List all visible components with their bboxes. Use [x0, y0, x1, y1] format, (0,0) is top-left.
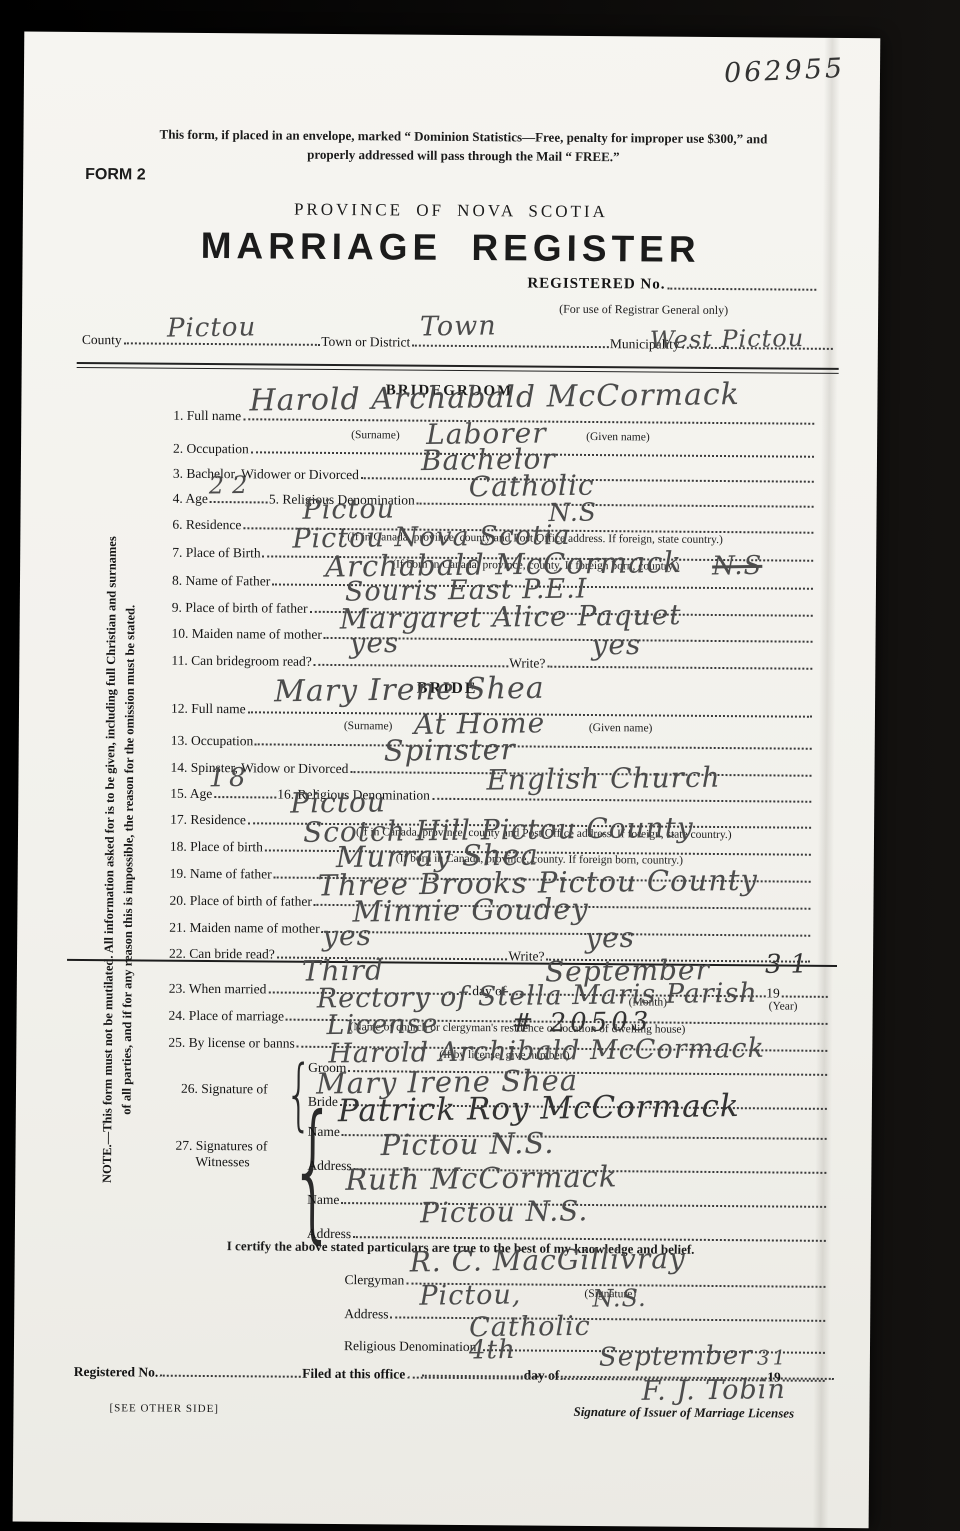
- town-value: Town: [420, 310, 497, 342]
- clergy-address-value2: N.S.: [592, 1284, 647, 1313]
- given-name-note: (Given name): [586, 431, 650, 443]
- footer-registered-blank: [160, 1375, 301, 1378]
- field-19-label: 19. Name of father: [170, 866, 272, 883]
- field-2-label: 2. Occupation: [173, 441, 249, 458]
- registered-no-row: REGISTERED No.: [527, 275, 817, 294]
- page-title: MARRIAGE REGISTER: [22, 224, 878, 273]
- clergyman-signature: R. C. MacGillivray: [409, 1242, 685, 1279]
- field-1-label: 1. Full name: [173, 408, 241, 425]
- serial-number: 062955: [723, 53, 845, 89]
- section-divider: [77, 362, 839, 374]
- witness2-name: Ruth McCormack: [345, 1159, 618, 1197]
- field-7-label: 7. Place of Birth: [172, 545, 261, 562]
- field-12-label: 12. Full name: [171, 701, 246, 718]
- nineteen-label: 19: [766, 985, 780, 1001]
- field-21-label: 21. Maiden name of mother: [169, 920, 319, 937]
- witness1-name-label: Name: [308, 1124, 340, 1140]
- registered-no-blank: [668, 288, 817, 291]
- field-25-value: License: [326, 1009, 438, 1041]
- field-27-label-line2: Witnesses: [195, 1154, 249, 1170]
- field-16-value: English Church: [486, 761, 721, 797]
- field-13-blank: [255, 743, 812, 749]
- field-23-label: 23. When married: [169, 981, 267, 998]
- field-1-value: Harold Archabald McCormack: [249, 377, 740, 418]
- see-other-side: [SEE OTHER SIDE]: [109, 1402, 219, 1415]
- field-20-label: 20. Place of birth of father: [169, 893, 312, 910]
- field-25-label: 25. By license or banns: [168, 1035, 294, 1052]
- filed-value: 4th: [469, 1335, 516, 1366]
- field-11-write-value: yes: [591, 628, 641, 662]
- field-4-label: 4. Age: [173, 491, 208, 507]
- filed-label: Filed at this office: [302, 1366, 405, 1383]
- county-label: County: [82, 332, 122, 348]
- bride-surname-note: (Surname): [344, 720, 393, 732]
- county-value: Pictou: [167, 312, 257, 343]
- field-4-blank: [210, 501, 268, 503]
- field-8-label: 8. Name of Father: [172, 573, 270, 590]
- municipality-value: West Pictou: [650, 324, 805, 354]
- registrar-general-note: (For use of Registrar General only): [559, 302, 728, 318]
- field-22-write-value: yes: [585, 921, 635, 955]
- field-24-label: 24. Place of marriage: [169, 1008, 285, 1025]
- town-label: Town or District: [321, 334, 410, 351]
- field-18-label: 18. Place of birth: [170, 839, 263, 856]
- field-15-label: 15. Age: [170, 786, 212, 802]
- registered-no-label: REGISTERED No.: [527, 275, 665, 293]
- field-14-label: 14. Spinster, Widow or Divorced: [170, 760, 348, 777]
- year-note: (Year): [769, 1000, 798, 1012]
- bride-given-note: (Given name): [589, 722, 653, 734]
- clergyman-label: Clergyman: [344, 1272, 404, 1288]
- footer-registered-label: Registered No.: [74, 1364, 159, 1381]
- field-11-blank: [314, 664, 508, 668]
- field-11-value: yes: [349, 626, 399, 660]
- field-23-year-blank: [782, 996, 828, 998]
- issuer-note: Signature of Issuer of Marriage Licenses: [573, 1404, 794, 1422]
- field-11-write-label: Write?: [509, 655, 545, 671]
- form-number-label: FORM 2: [85, 166, 146, 184]
- field-21-blank: [322, 931, 811, 937]
- denomination-label: Religious Denomination: [344, 1338, 476, 1355]
- field-5-blank: [417, 503, 814, 508]
- clergy-address-label: Address: [344, 1306, 388, 1322]
- field-23-year-value: 31: [765, 949, 816, 980]
- field-27-label-line1: 27. Signatures of: [176, 1138, 268, 1155]
- field-13-label: 13. Occupation: [171, 733, 254, 750]
- field-6-value: Pictou: [302, 493, 395, 525]
- field-26-label: 26. Signature of: [181, 1081, 268, 1098]
- field-22-value: yes: [322, 919, 372, 953]
- field-16-blank: [432, 798, 811, 803]
- field-17-label: 17. Residence: [170, 812, 246, 829]
- field-14-value: Spinster: [383, 732, 515, 768]
- footer-year-value: 31: [757, 1345, 789, 1369]
- witness2-name-label: Name: [307, 1192, 339, 1208]
- footer-year-blank: [783, 1380, 825, 1382]
- field-11-write-blank: [547, 666, 812, 670]
- field-8-struck-value: N.S: [712, 551, 763, 582]
- mailing-notice-line2: properly addressed will pass through the…: [83, 145, 843, 167]
- field-3-label: 3. Bachelor, Widower or Divorced: [173, 466, 359, 483]
- field-21-value: Minnie Goudey: [352, 892, 589, 929]
- field-12-value: Mary Irene Shea: [274, 671, 545, 710]
- field-9-label: 9. Place of birth of father: [172, 600, 308, 617]
- witness2-address: Pictou N.S.: [420, 1194, 589, 1229]
- town-blank: [412, 345, 609, 349]
- footer-month-value: September: [599, 1341, 753, 1373]
- field-15-blank: [214, 796, 276, 798]
- field-15-value: 18: [208, 763, 249, 794]
- side-note: NOTE.—This form must not be mutilated. A…: [98, 536, 142, 1184]
- field-10-label: 10. Maiden name of mother: [172, 626, 322, 643]
- mailing-notice-line1: This form, if placed in an envelope, mar…: [83, 126, 843, 148]
- marriage-register-page: NOTE.—This form must not be mutilated. A…: [13, 32, 881, 1529]
- field-4-value: 22: [209, 471, 256, 500]
- clergy-address-blank: [390, 1316, 825, 1321]
- field-11-label: 11. Can bridegroom read?: [171, 653, 312, 670]
- surname-note: (Surname): [351, 429, 400, 441]
- clergy-address-value: Pictou,: [419, 1279, 521, 1311]
- province-heading: PROVINCE OF NOVA SCOTIA: [23, 198, 879, 225]
- field-6-label: 6. Residence: [172, 517, 241, 534]
- witness1-name: Patrick Roy McCormack: [338, 1088, 740, 1129]
- witness1-address: Pictou N.S.: [380, 1126, 554, 1162]
